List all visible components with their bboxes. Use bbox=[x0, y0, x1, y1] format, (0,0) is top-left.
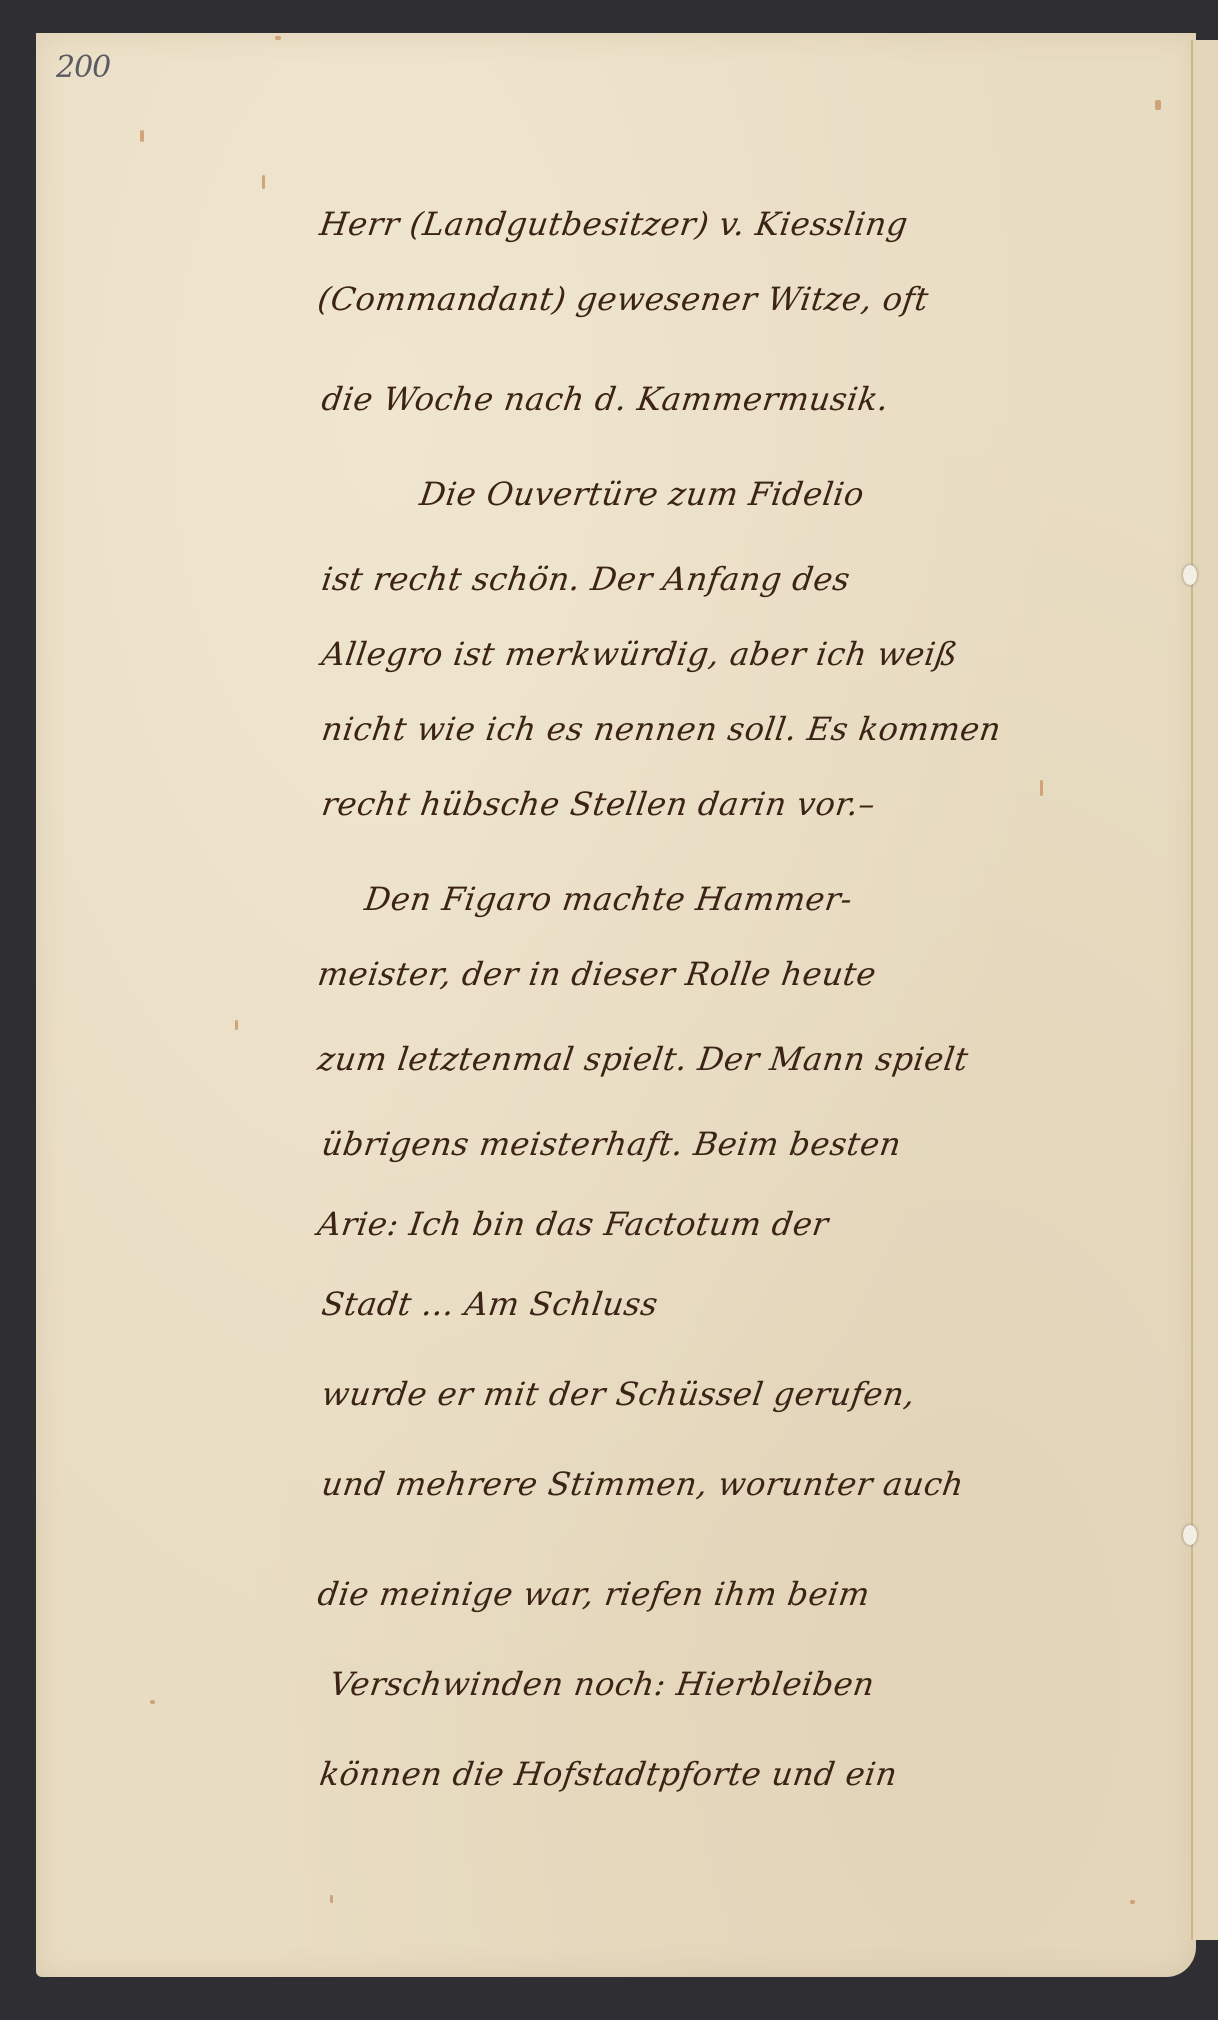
manuscript-line: Den Figaro machte Hammer- bbox=[362, 880, 855, 918]
manuscript-line: Die Ouvertüre zum Fidelio bbox=[417, 475, 866, 513]
manuscript-line: Stadt ... Am Schluss bbox=[319, 1285, 660, 1323]
manuscript-line: ist recht schön. Der Anfang des bbox=[319, 560, 852, 598]
paper-fleck bbox=[1155, 100, 1161, 110]
book-gutter bbox=[1191, 40, 1218, 1940]
paper-fleck bbox=[330, 1895, 333, 1903]
manuscript-line: und mehrere Stimmen, worunter auch bbox=[319, 1465, 966, 1503]
manuscript-line: Arie: Ich bin das Factotum der bbox=[315, 1205, 831, 1243]
manuscript-line: die meinige war, riefen ihm beim bbox=[315, 1575, 872, 1613]
paper-fleck bbox=[1040, 780, 1043, 796]
manuscript-line: wurde er mit der Schüssel gerufen, bbox=[319, 1375, 917, 1413]
paper-fleck bbox=[140, 130, 144, 142]
manuscript-line: Verschwinden noch: Hierbleiben bbox=[327, 1665, 877, 1703]
manuscript-line: recht hübsche Stellen darin vor.– bbox=[319, 785, 877, 823]
manuscript-line: nicht wie ich es nennen soll. Es kommen bbox=[319, 710, 1003, 748]
manuscript-line: (Commandant) gewesener Witze, oft bbox=[315, 280, 931, 318]
binding-hole bbox=[1183, 1525, 1197, 1545]
manuscript-line: können die Hofstadtpforte und ein bbox=[317, 1755, 899, 1793]
paper-fleck bbox=[1130, 1900, 1135, 1904]
manuscript-line: meister, der in dieser Rolle heute bbox=[315, 955, 878, 993]
paper-fleck bbox=[235, 1020, 238, 1030]
folio-number: 200 bbox=[56, 50, 110, 85]
binding-hole bbox=[1183, 565, 1197, 585]
manuscript-line: zum letztenmal spielt. Der Mann spielt bbox=[315, 1040, 970, 1078]
manuscript-line: Herr (Landgutbesitzer) v. Kiessling bbox=[317, 205, 910, 243]
paper-fleck bbox=[275, 36, 281, 40]
manuscript-line: Allegro ist merkwürdig, aber ich weiß bbox=[319, 635, 960, 673]
manuscript-line: die Woche nach d. Kammermusik. bbox=[319, 380, 891, 418]
paper-fleck bbox=[150, 1700, 155, 1704]
manuscript-line: übrigens meisterhaft. Beim besten bbox=[319, 1125, 903, 1163]
paper-fleck bbox=[262, 175, 265, 189]
